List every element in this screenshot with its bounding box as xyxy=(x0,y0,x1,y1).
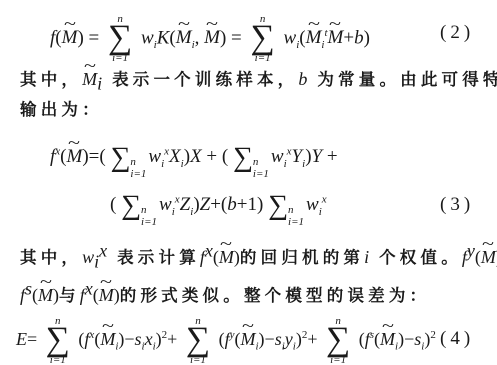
equation-4: E= n ∑ i=1 (fx(Mi)−sixi)2+ n ∑ i=1 (fy(M… xyxy=(0,312,497,364)
equation-2: f(M) = n ∑ i=1 wiK(Mi, M) = n ∑ i=1 wi(M… xyxy=(0,8,497,56)
summation: n ∑ i=1 xyxy=(186,316,210,365)
symbol-M-tilde: M xyxy=(176,27,192,49)
equals-sign: = xyxy=(89,27,100,48)
symbol-M-tilde: M xyxy=(380,329,395,350)
summation: n ∑ i=1 xyxy=(326,316,350,365)
symbol-M-tilde: M xyxy=(99,285,114,306)
symbol-b: b xyxy=(298,69,307,89)
summation: ∑ xyxy=(233,142,253,173)
equation-3-line-1: fx(M)=( ∑ni=1wixXi)X + ( ∑ni=1wixYi)Y + xyxy=(50,142,338,180)
symbol-M-tilde: M xyxy=(62,27,78,49)
summation: ∑ xyxy=(268,190,288,221)
equation-number: (4) xyxy=(440,328,474,350)
summation: n ∑ i=1 xyxy=(251,14,275,64)
symbol-f: f xyxy=(50,27,55,48)
symbol-w: w xyxy=(284,27,297,48)
symbol-M-tilde: M xyxy=(306,27,322,49)
equals-sign: = xyxy=(231,27,242,48)
symbol-w: w xyxy=(141,27,154,48)
equation-3-line-2: ( ∑ni=1wixZi)Z+(b+1) ∑ni=1wix xyxy=(110,190,327,228)
paragraph-2-line-2: fs(M)与fx(M)的形式类似。整个模型的误差为： xyxy=(20,282,430,306)
paragraph-1-line-1: 其中，Mi 表示一个训练样本，b 为常量。由此可得特定的 xyxy=(20,66,497,90)
subscript-i: i xyxy=(321,39,324,51)
symbol-M-tilde: M xyxy=(240,329,255,350)
equation-2-body: f(M) = n ∑ i=1 wiK(Mi, M) = n ∑ i=1 wi(M… xyxy=(50,14,370,64)
summation: n ∑ i=1 xyxy=(46,316,70,365)
symbol-M-tilde: M xyxy=(100,329,115,350)
equation-number: (3) xyxy=(440,194,474,216)
subscript-i: i xyxy=(296,39,299,51)
symbol-M-tilde: M xyxy=(481,247,496,268)
symbol-M-tilde: M xyxy=(38,285,53,306)
equation-number: (2) xyxy=(440,22,474,44)
symbol-M-tilde: M xyxy=(82,69,97,90)
paragraph-1-line-2: 输出为： xyxy=(20,96,103,120)
symbol-M-tilde: M xyxy=(328,27,344,49)
equation-3: fx(M)=( ∑ni=1wixXi)X + ( ∑ni=1wixYi)Y + … xyxy=(0,134,497,230)
symbol-E: E xyxy=(16,329,27,349)
symbol-M-tilde: M xyxy=(204,27,220,49)
summation: ∑ xyxy=(121,190,141,221)
symbol-b: b xyxy=(354,27,364,48)
equation-4-body: E= n ∑ i=1 (fx(Mi)−sixi)2+ n ∑ i=1 (fy(M… xyxy=(16,316,436,365)
symbol-M-tilde: M xyxy=(219,247,234,268)
paragraph-2-line-1: 其中，wix 表示计算fx(M)的回归机的第i 个权值。fy(M)、 xyxy=(20,244,497,268)
summation: ∑ xyxy=(110,142,130,173)
symbol-K: K xyxy=(157,27,170,48)
summation: n ∑ i=1 xyxy=(108,14,132,64)
symbol-M-tilde: M xyxy=(67,146,83,168)
